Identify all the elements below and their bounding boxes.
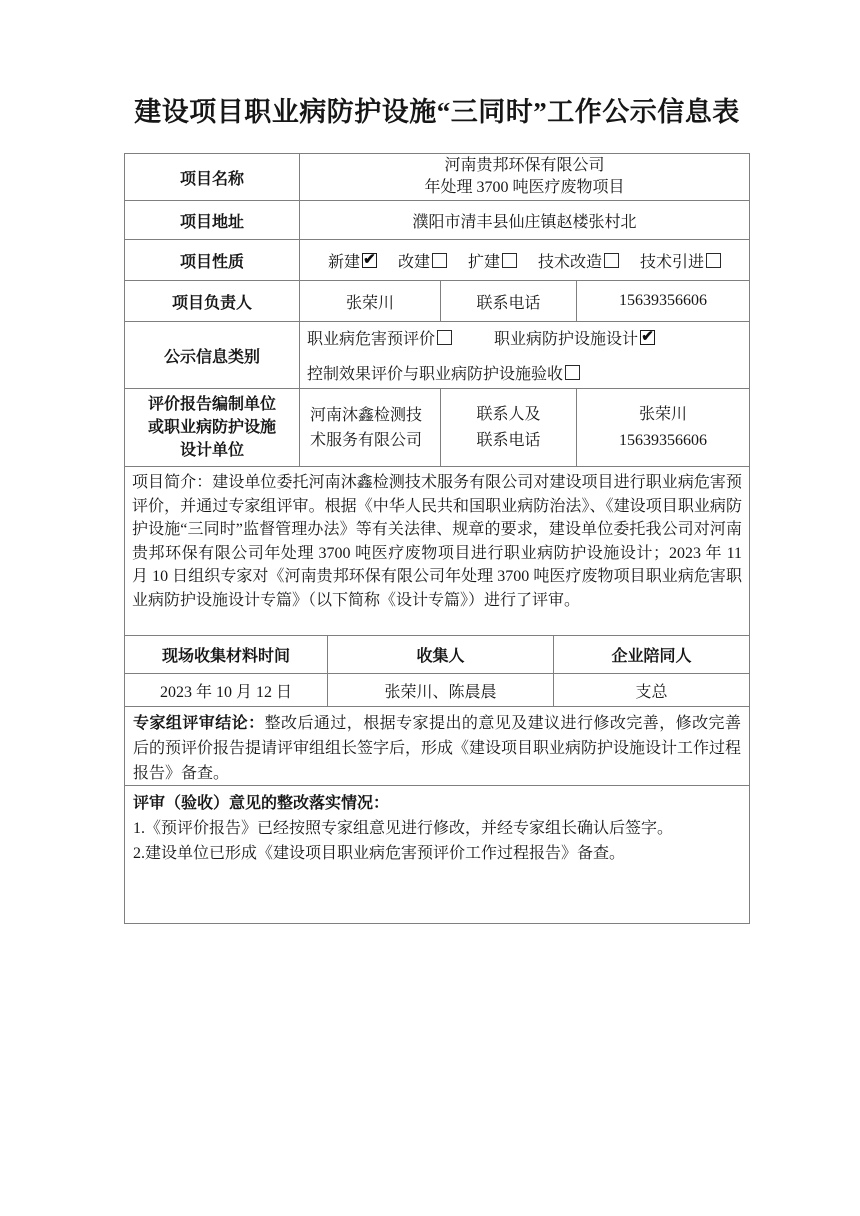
project-leader-phone-label: 联系电话	[440, 281, 576, 321]
checkbox-option-label: 改建	[398, 249, 430, 272]
expert-review-text-block: 专家组评审结论：整改后通过，根据专家提出的意见及建议进行修改完善，修改完善后的预…	[125, 707, 749, 785]
checkbox-option-label: 新建	[328, 249, 360, 272]
table-row-project-address: 项目地址 濮阳市清丰县仙庄镇赵楼张村北	[125, 200, 749, 239]
contact-phone: 15639356606	[619, 428, 707, 454]
contact-label-line1: 联系人及	[476, 402, 540, 428]
contact-label-line2: 联系电话	[476, 428, 540, 454]
company-escort-header: 企业陪同人	[553, 636, 749, 673]
project-address-label: 项目地址	[125, 201, 299, 239]
project-address-value: 濮阳市清丰县仙庄镇赵楼张村北	[299, 201, 749, 239]
checkbox-unchecked-icon	[432, 253, 447, 268]
rectification-item-1: 1.《预评价报告》已经按照专家组意见进行修改，并经专家组长确认后签字。	[133, 816, 741, 841]
table-row-project-name: 项目名称 河南贵邦环保有限公司 年处理 3700 吨医疗废物项目	[125, 154, 749, 200]
checkbox-option: 技术引进	[640, 249, 721, 272]
rectification-title: 评审（验收）意见的整改落实情况：	[133, 791, 741, 816]
public-info-category-line2: 控制效果评价与职业病防护设施验收	[307, 361, 580, 384]
project-name-line1: 河南贵邦环保有限公司	[424, 155, 624, 177]
checkbox-unchecked-icon	[604, 253, 619, 268]
project-name-value-cell: 河南贵邦环保有限公司 年处理 3700 吨医疗废物项目	[299, 154, 749, 200]
checkbox-option: 职业病防护设施设计✔	[494, 326, 655, 349]
checkbox-unchecked-icon	[565, 365, 580, 380]
checkbox-unchecked-icon	[706, 253, 721, 268]
design-unit-contact-label: 联系人及 联系电话	[476, 402, 540, 454]
rectification-item-2: 2.建设单位已形成《建设项目职业病危害预评价工作过程报告》备查。	[133, 841, 741, 866]
project-nature-value-cell: 新建✔改建扩建技术改造技术引进	[299, 240, 749, 280]
project-brief-text: 项目简介：建设单位委托河南沐鑫检测技术服务有限公司对建设项目进行职业病危害预评价…	[125, 467, 749, 635]
design-unit-label: 评价报告编制单位或职业病防护设施设计单位	[125, 389, 299, 466]
page-title: 建设项目职业病防护设施“三同时”工作公示信息表	[124, 90, 750, 129]
project-leader-label: 项目负责人	[125, 281, 299, 321]
rectification-section: 评审（验收）意见的整改落实情况： 1.《预评价报告》已经按照专家组意见进行修改，…	[125, 785, 749, 923]
design-unit-name: 河南沐鑫检测技术服务有限公司	[299, 389, 440, 466]
checkbox-checked-icon: ✔	[640, 330, 655, 345]
checkbox-option-label: 职业病防护设施设计	[494, 326, 638, 349]
public-info-category-line1: 职业病危害预评价职业病防护设施设计✔	[307, 326, 655, 349]
project-leader-name: 张荣川	[299, 281, 440, 321]
rectification-block: 评审（验收）意见的整改落实情况： 1.《预评价报告》已经按照专家组意见进行修改，…	[125, 786, 749, 923]
project-name-value: 河南贵邦环保有限公司 年处理 3700 吨医疗废物项目	[424, 155, 624, 199]
public-info-category-label: 公示信息类别	[125, 322, 299, 388]
contact-name: 张荣川	[619, 402, 707, 428]
table-row-public-info-category: 公示信息类别 职业病危害预评价职业病防护设施设计✔ 控制效果评价与职业病防护设施…	[125, 321, 749, 388]
table-row-design-unit: 评价报告编制单位或职业病防护设施设计单位 河南沐鑫检测技术服务有限公司 联系人及…	[125, 388, 749, 466]
checkbox-option-label: 扩建	[468, 249, 500, 272]
collector-value: 张荣川、陈晨晨	[327, 674, 553, 706]
basic-info-section: 项目名称 河南贵邦环保有限公司 年处理 3700 吨医疗废物项目 项目地址 濮阳…	[125, 154, 749, 466]
design-unit-contact-cell: 张荣川 15639356606	[576, 389, 749, 466]
collector-header: 收集人	[327, 636, 553, 673]
company-escort-value: 支总	[553, 674, 749, 706]
expert-review-section: 专家组评审结论：整改后通过，根据专家提出的意见及建议进行修改完善，修改完善后的预…	[125, 706, 749, 785]
design-unit-contact-value: 张荣川 15639356606	[619, 402, 707, 454]
checkbox-option: 改建	[398, 249, 447, 272]
checkbox-unchecked-icon	[437, 330, 452, 345]
project-name-line2: 年处理 3700 吨医疗废物项目	[424, 177, 624, 199]
project-leader-phone: 15639356606	[576, 281, 749, 321]
project-brief-section: 项目简介：建设单位委托河南沐鑫检测技术服务有限公司对建设项目进行职业病危害预评价…	[125, 466, 749, 635]
material-collection-header-row: 现场收集材料时间 收集人 企业陪同人	[125, 636, 749, 673]
checkbox-option: 新建✔	[328, 249, 377, 272]
project-name-label: 项目名称	[125, 154, 299, 200]
material-collection-value-row: 2023 年 10 月 12 日 张荣川、陈晨晨 支总	[125, 673, 749, 706]
checkbox-option: 技术改造	[538, 249, 619, 272]
checkbox-option-label: 技术改造	[538, 249, 602, 272]
project-nature-options: 新建✔改建扩建技术改造技术引进	[304, 249, 745, 272]
public-info-category-value-cell: 职业病危害预评价职业病防护设施设计✔ 控制效果评价与职业病防护设施验收	[299, 322, 749, 388]
collection-time-value: 2023 年 10 月 12 日	[125, 674, 327, 706]
collection-time-header: 现场收集材料时间	[125, 636, 327, 673]
design-unit-contact-label-cell: 联系人及 联系电话	[440, 389, 576, 466]
document-page: 建设项目职业病防护设施“三同时”工作公示信息表 项目名称 河南贵邦环保有限公司 …	[0, 0, 860, 1216]
info-table: 项目名称 河南贵邦环保有限公司 年处理 3700 吨医疗废物项目 项目地址 濮阳…	[124, 153, 750, 924]
project-nature-label: 项目性质	[125, 240, 299, 280]
checkbox-unchecked-icon	[502, 253, 517, 268]
checkbox-option: 控制效果评价与职业病防护设施验收	[307, 361, 580, 384]
expert-review-label: 专家组评审结论：	[133, 715, 265, 732]
checkbox-option: 扩建	[468, 249, 517, 272]
material-collection-section: 现场收集材料时间 收集人 企业陪同人 2023 年 10 月 12 日 张荣川、…	[125, 635, 749, 706]
checkbox-option-label: 职业病危害预评价	[307, 326, 435, 349]
checkbox-option-label: 控制效果评价与职业病防护设施验收	[307, 361, 563, 384]
checkbox-option: 职业病危害预评价	[307, 326, 452, 349]
checkbox-checked-icon: ✔	[362, 253, 377, 268]
table-row-project-nature: 项目性质 新建✔改建扩建技术改造技术引进	[125, 239, 749, 280]
table-row-project-leader: 项目负责人 张荣川 联系电话 15639356606	[125, 280, 749, 321]
checkbox-option-label: 技术引进	[640, 249, 704, 272]
